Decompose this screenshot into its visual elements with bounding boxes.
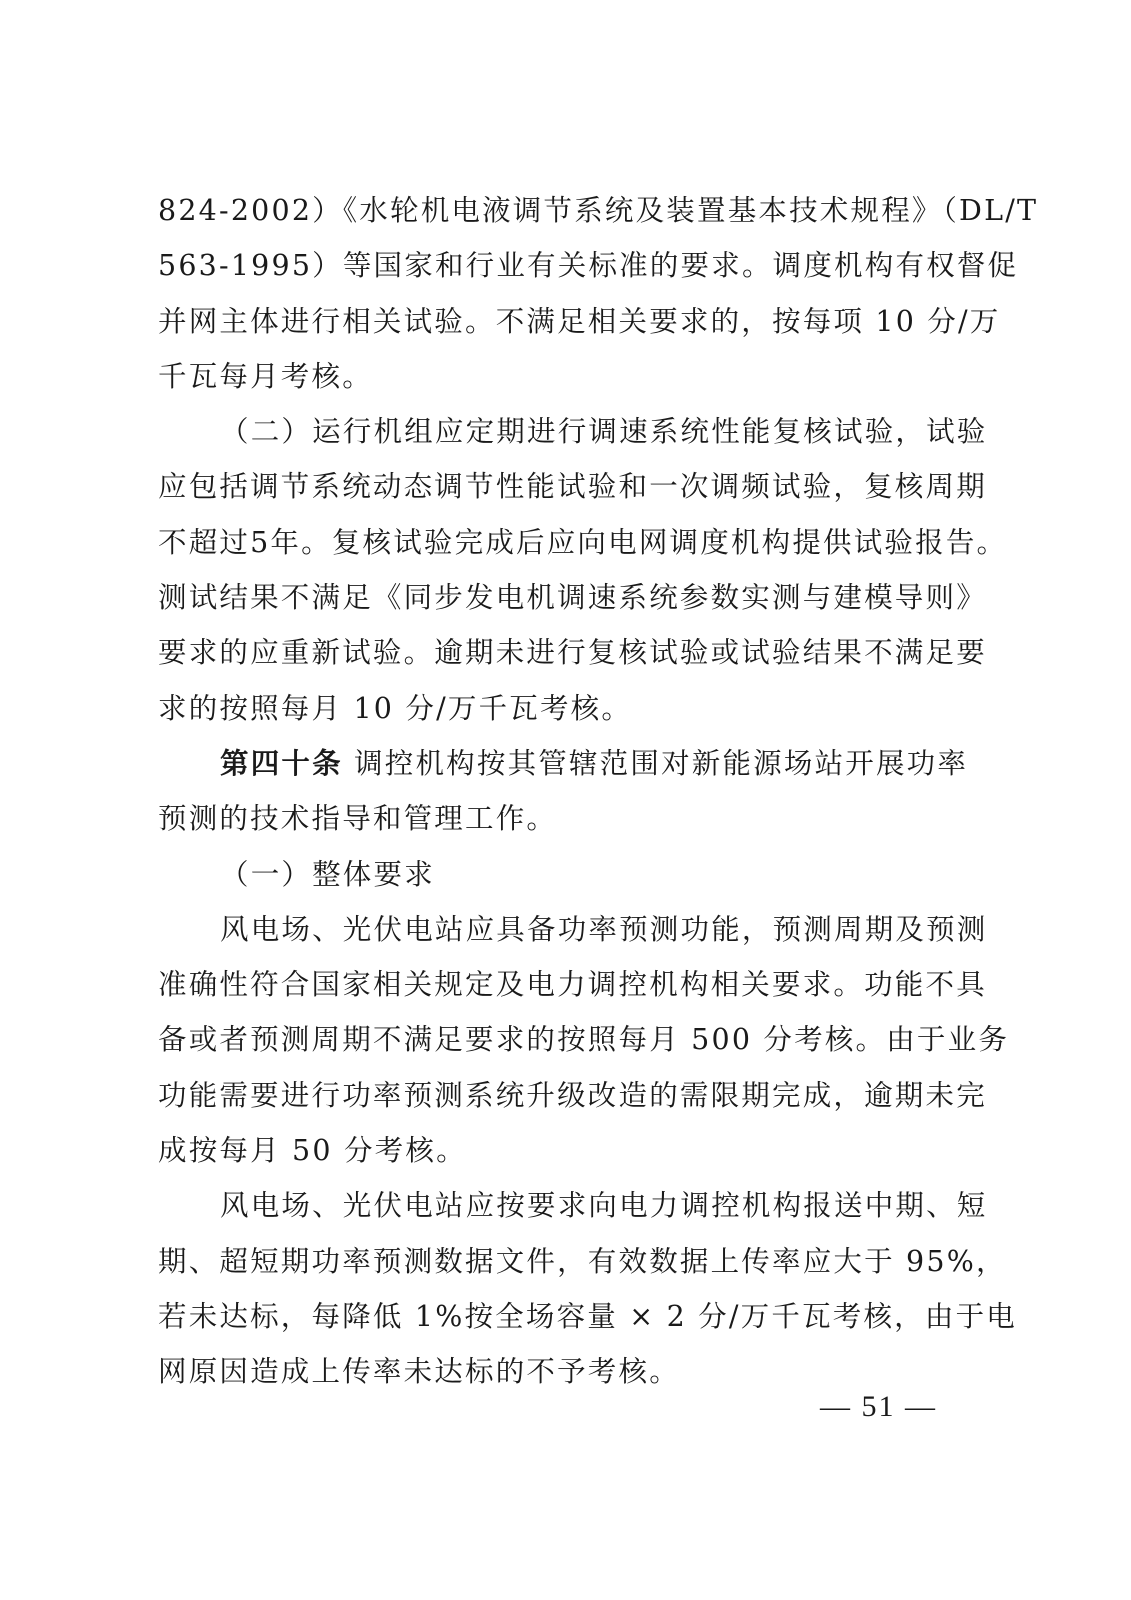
text-line: 功能需要进行功率预测系统升级改造的需限期完成，逾期未完 xyxy=(158,1068,958,1123)
text-line: 千瓦每月考核。 xyxy=(158,349,958,404)
text-line: 824-2002）《水轮机电液调节系统及装置基本技术规程》（DL/T xyxy=(158,183,958,238)
text-line: 准确性符合国家相关规定及电力调控机构相关要求。功能不具 xyxy=(158,957,958,1012)
article-label: 第四十条 xyxy=(220,746,343,780)
text-line: （二）运行机组应定期进行调速系统性能复核试验，试验 xyxy=(158,404,958,459)
paragraph-continuation: 824-2002）《水轮机电液调节系统及装置基本技术规程》（DL/T 563-1… xyxy=(158,183,958,404)
section-heading-overall-requirements: （一）整体要求 xyxy=(158,847,958,902)
text-line: 测试结果不满足《同步发电机调速系统参数实测与建模导则》 xyxy=(158,570,958,625)
text-line: 要求的应重新试验。逾期未进行复核试验或试验结果不满足要 xyxy=(158,625,958,680)
paragraph-forecast-function: 风电场、光伏电站应具备功率预测功能，预测周期及预测 准确性符合国家相关规定及电力… xyxy=(158,902,958,1178)
text-line: 不超过5年。复核试验完成后应向电网调度机构提供试验报告。 xyxy=(158,515,958,570)
text-line: 求的按照每月 10 分/万千瓦考核。 xyxy=(158,681,958,736)
article-forty: 第四十条 调控机构按其管辖范围对新能源场站开展功率 预测的技术指导和管理工作。 xyxy=(158,736,958,847)
article-text: 调控机构按其管辖范围对新能源场站开展功率 xyxy=(354,747,968,780)
text-line: 预测的技术指导和管理工作。 xyxy=(158,791,958,846)
paragraph-item-two: （二）运行机组应定期进行调速系统性能复核试验，试验 应包括调节系统动态调节性能试… xyxy=(158,404,958,736)
text-line: 并网主体进行相关试验。不满足相关要求的，按每项 10 分/万 xyxy=(158,294,958,349)
document-page-body: 824-2002）《水轮机电液调节系统及装置基本技术规程》（DL/T 563-1… xyxy=(158,183,958,1400)
text-line: 第四十条 调控机构按其管辖范围对新能源场站开展功率 xyxy=(158,736,958,791)
text-line: 若未达标，每降低 1%按全场容量 × 2 分/万千瓦考核，由于电 xyxy=(158,1289,958,1344)
section-heading: （一）整体要求 xyxy=(158,847,958,902)
text-line: 风电场、光伏电站应具备功率预测功能，预测周期及预测 xyxy=(158,902,958,957)
text-line: 563-1995）等国家和行业有关标准的要求。调度机构有权督促 xyxy=(158,238,958,293)
text-line: 成按每月 50 分考核。 xyxy=(158,1123,958,1178)
text-line: 应包括调节系统动态调节性能试验和一次调频试验，复核周期 xyxy=(158,459,958,514)
text-line: 备或者预测周期不满足要求的按照每月 500 分考核。由于业务 xyxy=(158,1012,958,1067)
text-line: 风电场、光伏电站应按要求向电力调控机构报送中期、短 xyxy=(158,1178,958,1233)
page-number: — 51 — xyxy=(820,1390,937,1424)
paragraph-upload-rate: 风电场、光伏电站应按要求向电力调控机构报送中期、短 期、超短期功率预测数据文件，… xyxy=(158,1178,958,1399)
text-line: 期、超短期功率预测数据文件，有效数据上传率应大于 95%， xyxy=(158,1234,958,1289)
